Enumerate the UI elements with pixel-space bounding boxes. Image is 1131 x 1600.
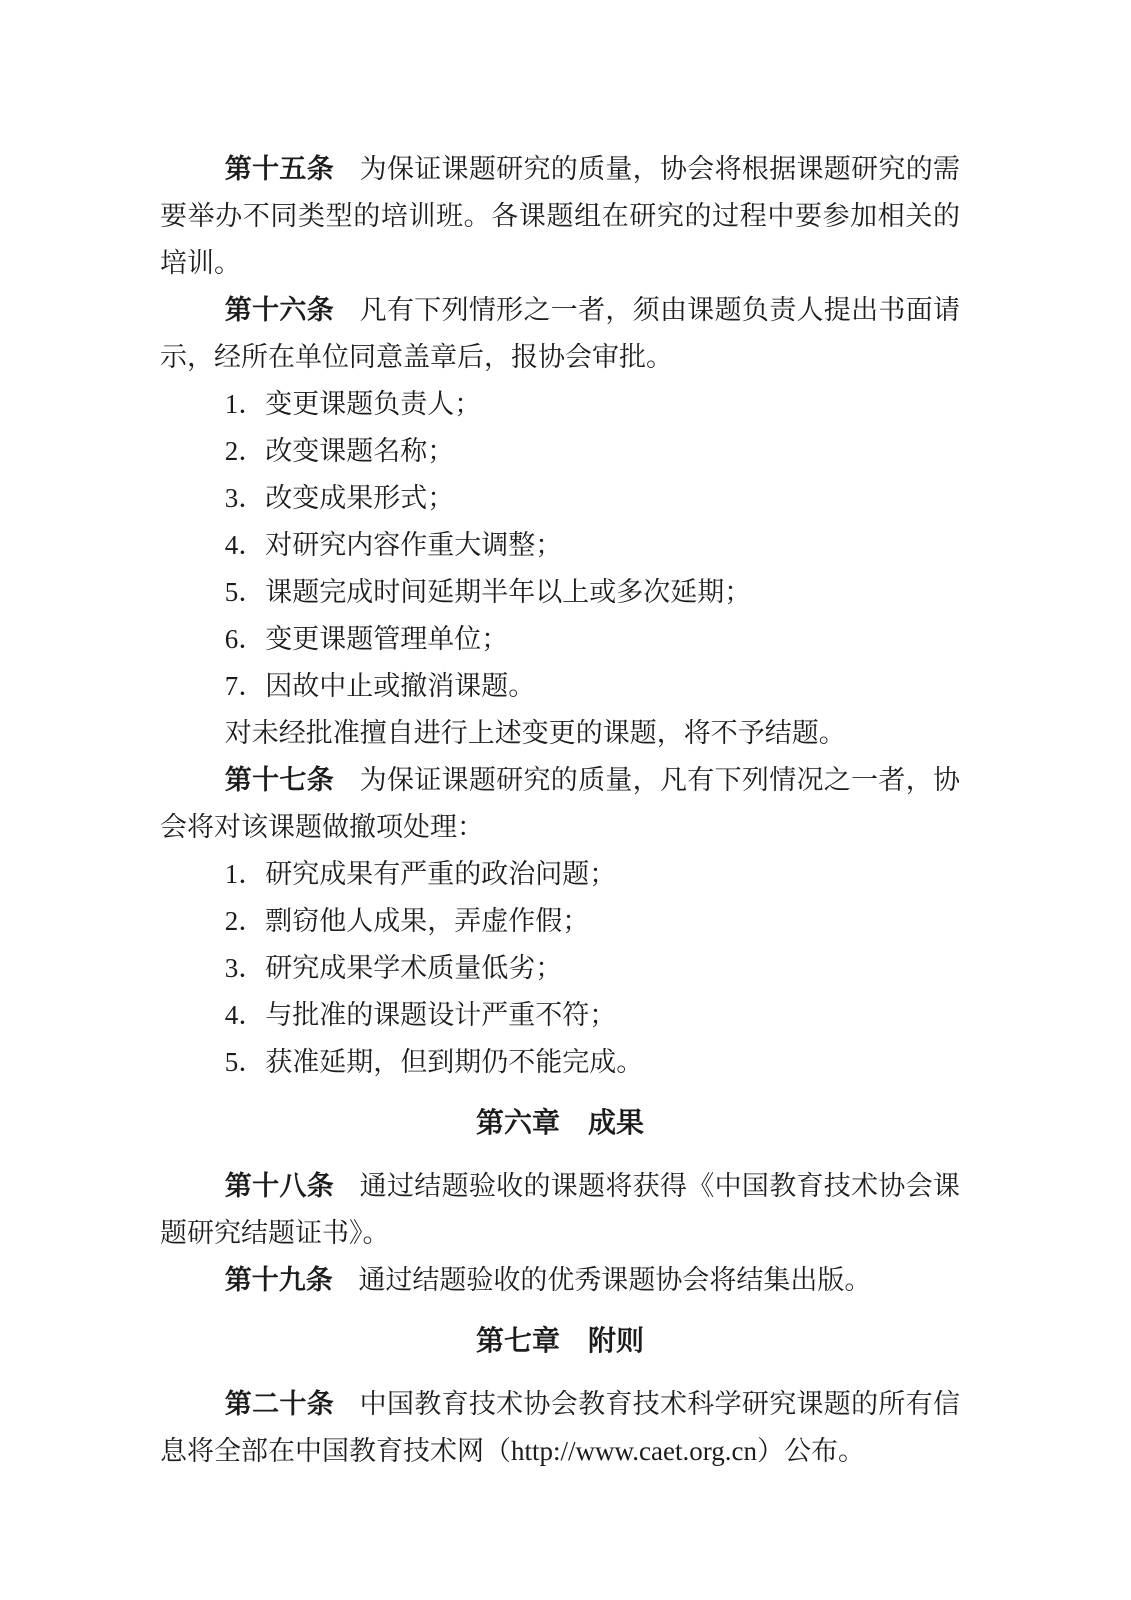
document-page: 第十五条为保证课题研究的质量，协会将根据课题研究的需要举办不同类型的培训班。各课… (0, 0, 1131, 1600)
article-17-paragraph: 第十七条为保证课题研究的质量，凡有下列情况之一者，协会将对该课题做撤项处理： (160, 757, 960, 851)
article-15-label: 第十五条 (225, 154, 334, 184)
document-body: 第十五条为保证课题研究的质量，协会将根据课题研究的需要举办不同类型的培训班。各课… (160, 146, 960, 1475)
article-20-paragraph: 第二十条中国教育技术协会教育技术科学研究课题的所有信息将全部在中国教育技术网（h… (160, 1381, 960, 1475)
article-17-label: 第十七条 (225, 765, 334, 795)
article-19-text: 通过结题验收的优秀课题协会将结集出版。 (358, 1265, 871, 1295)
article-20-label: 第二十条 (225, 1389, 334, 1419)
article-19-paragraph: 第十九条通过结题验收的优秀课题协会将结集出版。 (160, 1257, 960, 1304)
article-18-label: 第十八条 (225, 1171, 334, 1201)
list-item: 4．与批准的课题设计严重不符； (160, 992, 960, 1039)
article-19-label: 第十九条 (225, 1265, 333, 1295)
list-item: 3．改变成果形式； (160, 475, 960, 522)
article-16-paragraph: 第十六条凡有下列情形之一者，须由课题负责人提出书面请示，经所在单位同意盖章后，报… (160, 287, 960, 381)
list-item: 1．研究成果有严重的政治问题； (160, 851, 960, 898)
list-item: 5．课题完成时间延期半年以上或多次延期； (160, 569, 960, 616)
article-16-label: 第十六条 (225, 295, 334, 325)
list-item: 5．获准延期，但到期仍不能完成。 (160, 1039, 960, 1086)
chapter-heading-6: 第六章 成果 (160, 1100, 960, 1147)
list-item: 3．研究成果学术质量低劣； (160, 945, 960, 992)
list-item: 2．剽窃他人成果，弄虚作假； (160, 898, 960, 945)
list-item: 1．变更课题负责人； (160, 381, 960, 428)
article-18-paragraph: 第十八条通过结题验收的课题将获得《中国教育技术协会课题研究结题证书》。 (160, 1163, 960, 1257)
list-item: 2．改变课题名称； (160, 428, 960, 475)
list-item: 4．对研究内容作重大调整； (160, 522, 960, 569)
list-item: 6．变更课题管理单位； (160, 616, 960, 663)
article-15-paragraph: 第十五条为保证课题研究的质量，协会将根据课题研究的需要举办不同类型的培训班。各课… (160, 146, 960, 287)
chapter-heading-7: 第七章 附则 (160, 1318, 960, 1365)
list-item: 7．因故中止或撤消课题。 (160, 663, 960, 710)
article-16-note: 对未经批准擅自进行上述变更的课题，将不予结题。 (160, 710, 960, 757)
